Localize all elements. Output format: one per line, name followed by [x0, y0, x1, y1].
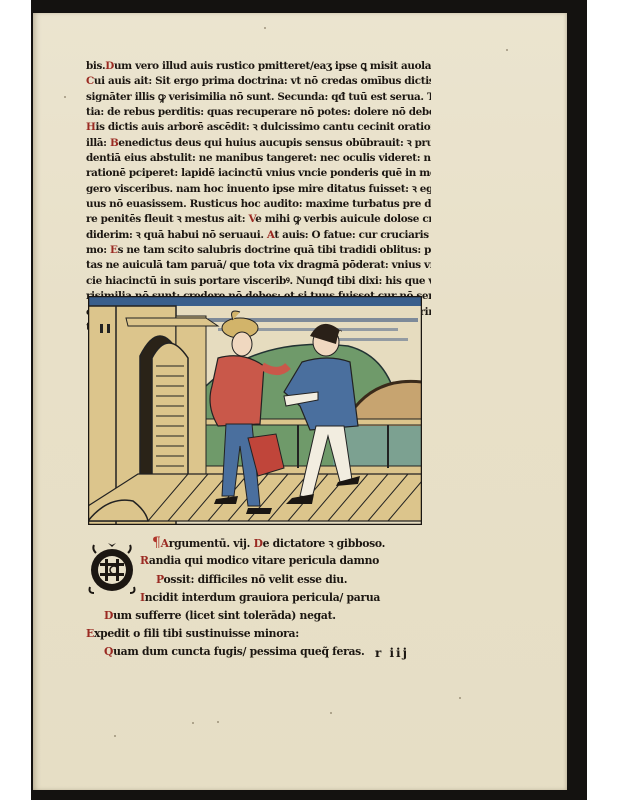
- text-line: bis.Dum vero illud auis rustico pmittere…: [86, 59, 431, 74]
- text-line: illā: Benedictus deus qui huius aucupis …: [86, 136, 431, 151]
- text-line: cie hiacinctū in suis portare visceribꝰ.…: [86, 274, 431, 289]
- text-line: mo: Es ne tam scito salubris doctrine qu…: [86, 243, 431, 258]
- text-line: Cui auis ait: Sit ergo prima doctrina: v…: [86, 74, 431, 89]
- text-line: tas ne auiculā tam paruā/ que tota vix d…: [86, 258, 431, 273]
- verse-line: Possit: difficiles nō velit esse diu.: [156, 571, 347, 590]
- text-line: rationē pciperet: lapidē iacinctū vnius …: [86, 166, 431, 181]
- text-line: tia: de rebus perditis: quas recuperare …: [86, 105, 431, 120]
- pilcrow-icon: ¶: [152, 535, 161, 551]
- text-line: re penitēs fleuit ꝛ mestus ait: Ve mihi …: [86, 212, 431, 227]
- text-line: signāter illis ꝙ verisimilia nō sunt. Se…: [86, 90, 431, 105]
- verse-line: Expedit o fili tibi sustinuisse minora:: [86, 625, 299, 644]
- decorated-initial-g: [88, 543, 136, 595]
- text-line: uus nō euasissem. Rusticus hoc audito: m…: [86, 197, 431, 212]
- text-line: dentiā eius abstulit: ne manibus tangere…: [86, 151, 431, 166]
- text-line: gero visceribus. nam hoc inuento ipse mi…: [86, 182, 431, 197]
- woodcut-illustration: [88, 296, 422, 525]
- verse-line: Randia qui modico vitare pericula damno: [140, 552, 379, 571]
- initial-letter-icon: [88, 543, 136, 595]
- verse-line: Incidit interdum grauiora pericula/ paru…: [140, 589, 380, 608]
- prose-text: bis.Dum vero illud auis rustico pmittere…: [86, 59, 431, 335]
- woodcut-scene-icon: [88, 296, 422, 525]
- text-line: His dictis auis arborē ascēdit: ꝛ dulcis…: [86, 120, 431, 135]
- argument-heading: ¶Argumentū. vij. De dictatore ꝛ gibboso.: [152, 534, 385, 554]
- verse-line: Quam dum cuncta fugis/ pessima queq̃ fer…: [104, 643, 364, 662]
- verse-line: Dum sufferre (licet sint tolerāda) negat…: [104, 607, 336, 626]
- signature-mark: r iij: [375, 646, 409, 660]
- text-line: diderim: ꝛ quā habui nō seruaui. At auis…: [86, 228, 431, 243]
